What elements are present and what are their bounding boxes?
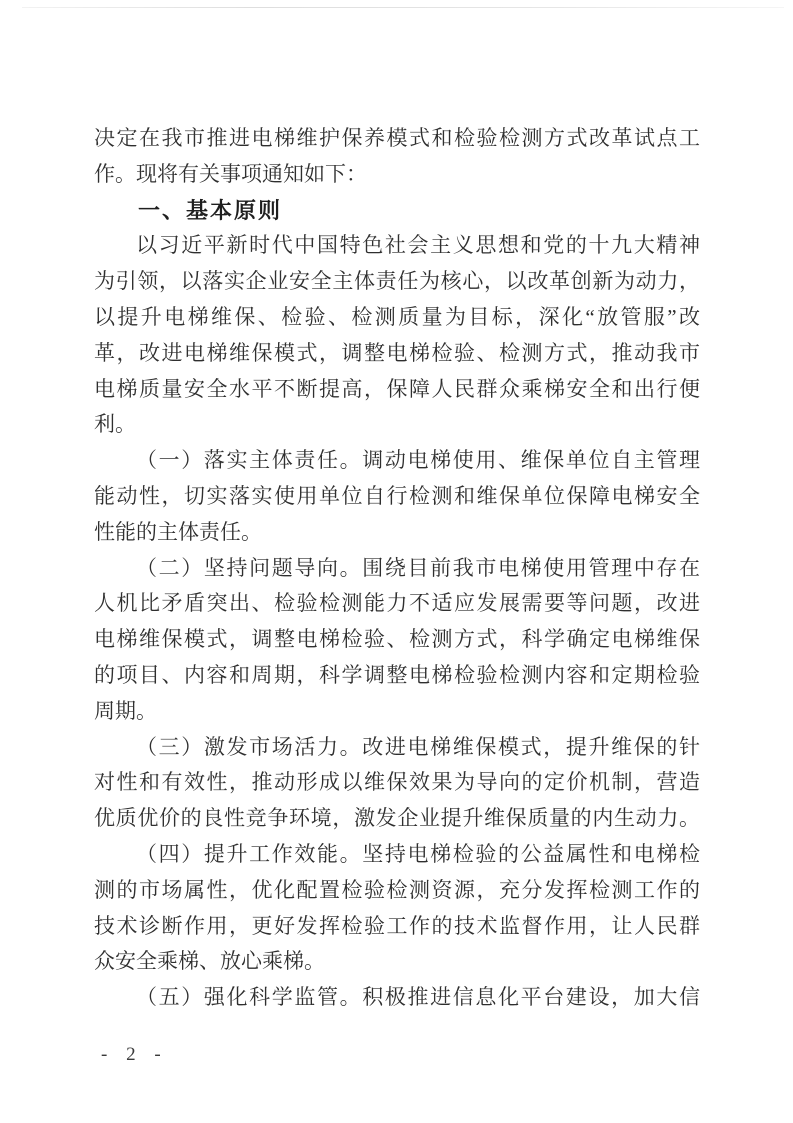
text-line: （二）坚持问题导向。围绕目前我市电梯使用管理中存在 bbox=[94, 551, 700, 587]
text-line: 的项目、内容和周期，科学调整电梯检验检测内容和定期检验 bbox=[94, 658, 700, 694]
text-line: 周期。 bbox=[94, 694, 700, 730]
text-line: 优质优价的良性竞争环境，激发企业提升维保质量的内生动力。 bbox=[94, 801, 700, 837]
text-line: 电梯维保模式，调整电梯检验、检测方式，科学确定电梯维保 bbox=[94, 622, 700, 658]
text-line: 人机比矛盾突出、检验检测能力不适应发展需要等问题，改进 bbox=[94, 586, 700, 622]
text-line: 能动性，切实落实使用单位自行检测和维保单位保障电梯安全 bbox=[94, 479, 700, 515]
document-page: 决定在我市推进电梯维护保养模式和检验检测方式改革试点工 作。现将有关事项通知如下… bbox=[0, 0, 793, 1123]
document-body: 决定在我市推进电梯维护保养模式和检验检测方式改革试点工 作。现将有关事项通知如下… bbox=[94, 121, 700, 1016]
text-line: 技术诊断作用，更好发挥检验工作的技术监督作用，让人民群 bbox=[94, 909, 700, 945]
text-line: 利。 bbox=[94, 407, 700, 443]
section-heading: 一、基本原则 bbox=[94, 193, 700, 229]
text-line: 测的市场属性，优化配置检验检测资源，充分发挥检测工作的 bbox=[94, 873, 700, 909]
text-line: 对性和有效性，推动形成以维保效果为导向的定价机制，营造 bbox=[94, 765, 700, 801]
scan-artifact-line bbox=[22, 7, 784, 8]
text-line: （五）强化科学监管。积极推进信息化平台建设，加大信 bbox=[94, 980, 700, 1016]
page-number: - 2 - bbox=[101, 1044, 168, 1066]
text-line: 众安全乘梯、放心乘梯。 bbox=[94, 944, 700, 980]
text-line: 决定在我市推进电梯维护保养模式和检验检测方式改革试点工 bbox=[94, 121, 700, 157]
text-line: 作。现将有关事项通知如下： bbox=[94, 157, 700, 193]
text-line: 电梯质量安全水平不断提高，保障人民群众乘梯安全和出行便 bbox=[94, 372, 700, 408]
text-line: （一）落实主体责任。调动电梯使用、维保单位自主管理 bbox=[94, 443, 700, 479]
text-line: 以提升电梯维保、检验、检测质量为目标，深化“放管服”改 bbox=[94, 300, 700, 336]
text-line: 以习近平新时代中国特色社会主义思想和党的十九大精神 bbox=[94, 228, 700, 264]
text-line: 性能的主体责任。 bbox=[94, 515, 700, 551]
text-line: 革，改进电梯维保模式，调整电梯检验、检测方式，推动我市 bbox=[94, 336, 700, 372]
text-line: （三）激发市场活力。改进电梯维保模式，提升维保的针 bbox=[94, 730, 700, 766]
text-line: 为引领，以落实企业安全主体责任为核心，以改革创新为动力， bbox=[94, 264, 700, 300]
text-line: （四）提升工作效能。坚持电梯检验的公益属性和电梯检 bbox=[94, 837, 700, 873]
